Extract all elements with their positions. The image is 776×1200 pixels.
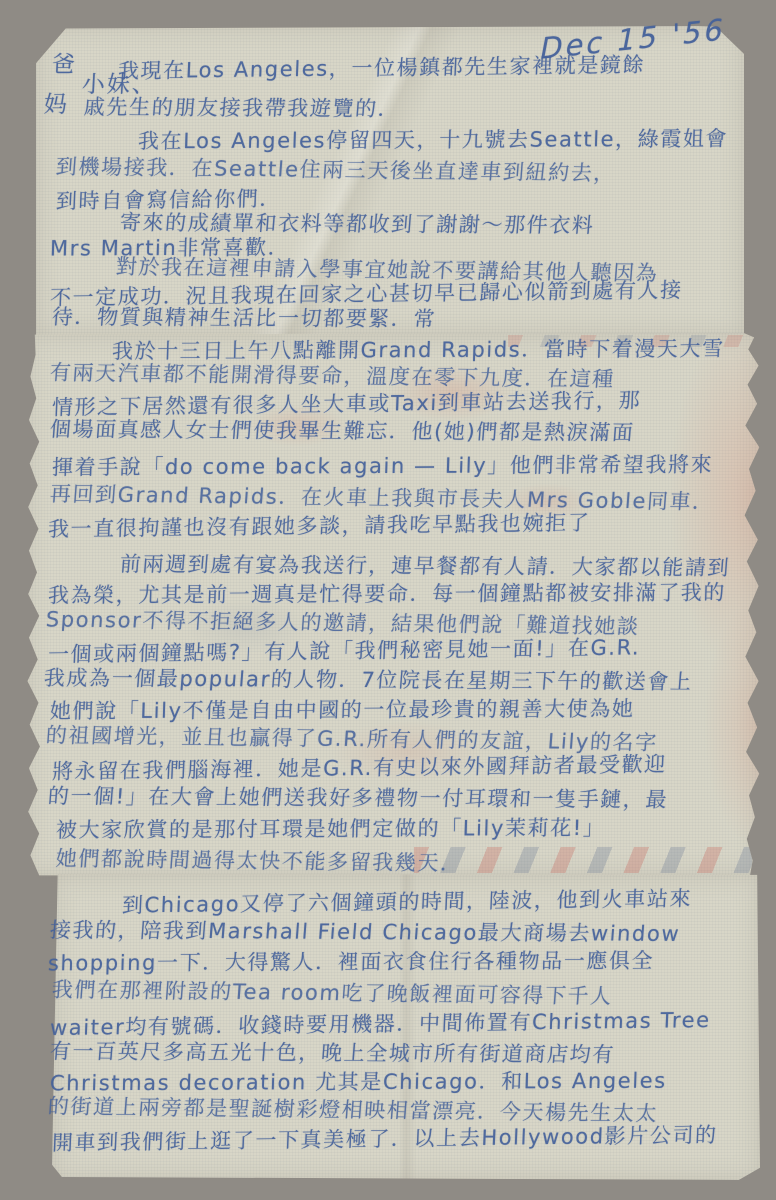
letter-line: 我們在那裡附設的Tea room吃了晚飯裡面可容得下千人	[51, 974, 614, 1011]
letter-line: 我一直很拘謹也沒有跟她多談，請我吃早點我也婉拒了	[47, 507, 591, 544]
letter-line: 待．物質與精神生活比一切都要緊．常	[51, 301, 437, 333]
letter-line: 我現在Los Angeles，一位楊鎮都先生家裡就是鏡餘	[117, 49, 645, 85]
letter-line: 有一百英尺多高五光十色，晚上全城市所有街道商店均有	[49, 1035, 616, 1068]
letter-line: 我在Los Angeles停留四天，十九號去Seattle，綠霞姐會	[138, 123, 729, 156]
letter-line: 開車到我們街上逛了一下真美極了．以上去Hollywood影片公司的	[51, 1119, 718, 1157]
letter-line: 被大家欣賞的是那付耳環是她們定做的「Lily茉莉花!」	[56, 812, 606, 844]
salutation-mother: 妈	[43, 86, 70, 119]
letter-line: 戚先生的朋友接我帶我遊覽的．	[83, 91, 402, 123]
letter-line: 我成為一個最popular的人物．7位院長在星期三下午的歡送會上	[43, 662, 694, 696]
letter-line: shopping一下．大得驚人．裡面衣食住行各種物品一應俱全	[48, 945, 655, 978]
letter-line: 她們都說時間過得太快不能多留我幾天．	[55, 843, 464, 878]
letter-line: 到機場接我．在Seattle住兩三天後坐直達車到紐約去，	[55, 151, 617, 188]
letter-line: 到Chicago又停了六個鐘頭的時間，陸波，他到火車站來	[121, 883, 692, 920]
salutation-father: 爸	[51, 46, 78, 79]
handwriting-layer: Dec 15 '56 爸 妈 小妹、 我現在Los Angeles，一位楊鎮都先…	[0, 0, 776, 1200]
letter-line: 接我的，陪我到Marshall Field Chicago最大商場去window	[49, 914, 682, 948]
letter-line: 揮着手說「do come back again — Lily」他們非常希望我將來	[52, 449, 714, 482]
letter-line: 的一個!」在大會上她們送我好多禮物一付耳環和一隻手鏈，最	[47, 780, 669, 814]
scanned-letter: Dec 15 '56 爸 妈 小妹、 我現在Los Angeles，一位楊鎮都先…	[0, 0, 776, 1200]
letter-line: 個場面真感人女士們使我畢生難忘．他(她)們都是熱淚滿面	[49, 413, 636, 447]
